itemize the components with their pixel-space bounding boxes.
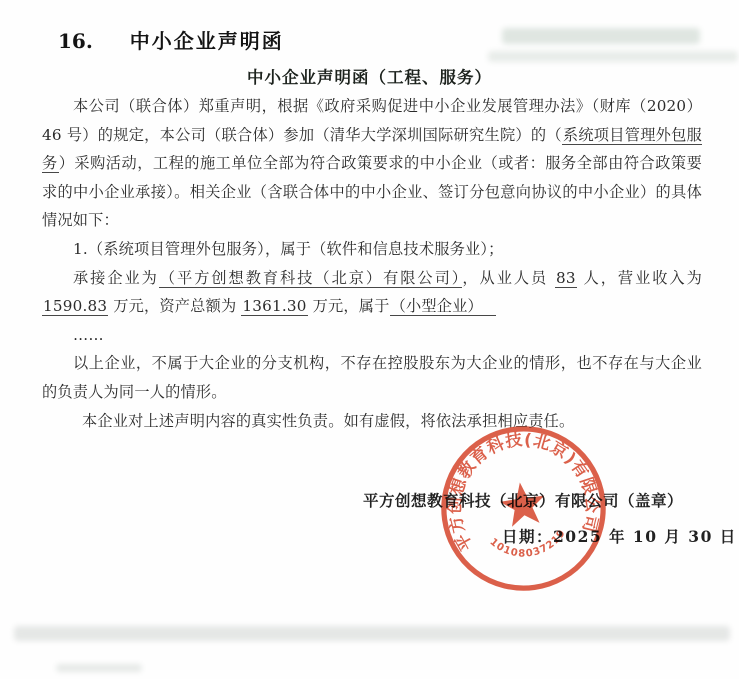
document-title: 中小企业声明函（工程、服务） <box>0 64 739 88</box>
ellipsis-line: …… <box>42 321 702 350</box>
bleed-through-artifact <box>488 51 738 62</box>
bleed-through-artifact <box>14 626 730 641</box>
undertaker-line: 承接企业为（平方创想教育科技（北京）有限公司），从业人员 83 人，营业收入为 … <box>42 264 702 321</box>
revenue-underlined: 1590.83 <box>42 297 108 316</box>
text-segment: 承接企业为 <box>73 269 159 287</box>
document-body: 本公司（联合体）郑重声明，根据《政府采购促进中小企业发展管理办法》（财库（202… <box>42 92 702 435</box>
seal-star-icon <box>498 479 548 528</box>
employee-count-underlined: 83 <box>555 269 577 288</box>
enterprise-type-underlined: （小型企业） <box>390 297 496 316</box>
text-segment: 万元，资产总额为 <box>108 297 241 315</box>
section-title: 中小企业声明函 <box>130 29 284 53</box>
bleed-through-artifact <box>56 664 142 672</box>
assets-underlined: 1361.30 <box>241 297 307 316</box>
section-number: 16. <box>58 29 93 53</box>
company-seal: 平方创想教育科技(北京)有限公司 1101080372192 <box>436 421 611 596</box>
section-heading: 16. 中小企业声明函 <box>58 25 284 54</box>
text-segment: 万元，属于 <box>308 297 390 315</box>
text-segment: ）采购活动，工程的施工单位全部为符合政策要求的中小企业（或者：服务全部由符合政策… <box>42 154 702 229</box>
no-big-enterprise-paragraph: 以上企业，不属于大企业的分支机构，不存在控股股东为大企业的情形，也不存在与大企业… <box>42 349 702 406</box>
declaration-paragraph: 本公司（联合体）郑重声明，根据《政府采购促进中小企业发展管理办法》（财库（202… <box>42 92 702 235</box>
bleed-through-artifact <box>502 28 700 44</box>
item-line: 1.（系统项目管理外包服务），属于（软件和信息技术服务业）； <box>42 235 702 264</box>
text-segment: 人，营业收入为 <box>577 269 702 287</box>
company-name-underlined: （平方创想教育科技（北京）有限公司） <box>159 269 463 288</box>
document-page: 16. 中小企业声明函 中小企业声明函（工程、服务） 本公司（联合体）郑重声明，… <box>0 0 739 679</box>
text-segment: ，从业人员 <box>462 269 555 287</box>
